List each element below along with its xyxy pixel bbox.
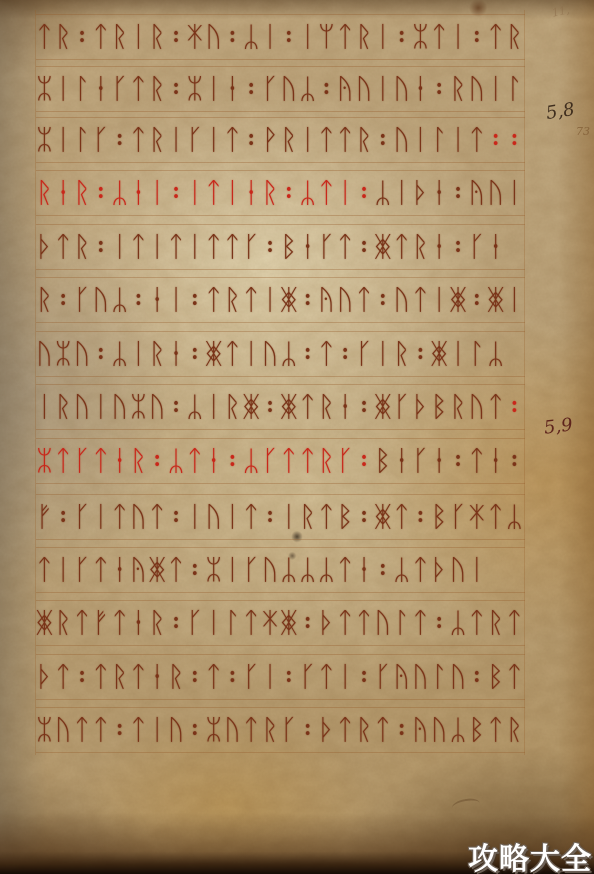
rune-segment-brown: ᚦᛏ᛬ᛏᚱᛏᛂᚱ᛬ᛏ᛬ᚴᛁ᛬ᚴᛏᛁ᛬ᚴᚤᚢᛚᚢ᛬ᛒᛏᛏᛡᛤ [36,655,525,699]
rune-segment-brown: ᛏᛁᚴᛏᛂᚤᛤᛏ᛬ᛯᛁᚴᚢᛦᛦᛦᛏᛂ᛬ᛦᛏᚦᚢᛁ [36,548,487,592]
rune-segment-red: ᛯᛏᚴᛏᛂᚱ᛬ᛦᛏᛂ᛬ᛦᚴᛏᛏᚱᚴ᛬ [36,439,374,483]
margin-note-folio-59: 5,9 [543,414,574,438]
rune-line-13: ᚦᛏ᛬ᛏᚱᛏᛂᚱ᛬ᛏ᛬ᚴᛁ᛬ᚴᛏᛁ᛬ᚴᚤᚢᛚᚢ᛬ᛒᛏᛏᛡᛤ [36,654,525,700]
rune-line-2: ᛯᛁᛚᛂᚴᛏᚱ᛬ᛯᛁᛂ᛬ᚴᚢᛦ᛬ᚤᚢᛁᚢᛂ᛬ᚱᚢᛁᛚ᛬ᛡᛢ [36,66,525,112]
rune-line-8: ᛁᚱᚢᛁᚢᛯᚢ᛬ᛦᛁᚱᛤ᛬ᛤᛏᚱᛂ᛬ᛤᚴᚦᛒᚱᚢᛏ᛬᛬ [36,384,525,430]
rune-line-5: ᚦᛏᚱ᛬ᛁᛏᛁᛏᛁᛏᛏᚴ᛬ᛒᛂᚴᛏ᛬ᛤᛏᚱᛂ᛬ᚴᚽ [36,224,525,270]
rune-segment-red: ᛬᛬ᚻᛏ [487,118,525,162]
rune-segment-brown: ᛯᛁᛚᛂᚴᛏᚱ᛬ᛯᛁᛂ᛬ᚴᚢᛦ᛬ᚤᚢᛁᚢᛂ᛬ᚱᚢᛁᛚ᛬ᛡᛢ [36,67,525,111]
rune-segment-brown: ᛦᛁᚦᛂ᛬ᚤᚢᛁᚢᛏ [374,171,525,215]
rune-segment-brown: ᛒᛂᚴᛂ᛬ᛏᛂ᛬ᚴᛏᚴ [374,439,525,483]
rune-line-6: ᚱ᛬ᚴᚢᛦ᛬ᛂᛁ᛬ᛏᚱᛏᛁᛤ᛬ᚤᚢᛏ᛬ᚢᛏᛁᛤ᛬ᛤᛁᚱᚢᛁ [36,277,525,323]
rune-line-14: ᛯᚢᛏᛏ᛬ᛏᛁᚢ᛬ᛯᚢᛏᚱᚴ᛬ᚦᛏᚱᛏ᛬ᚤᚢᛦᛒᛏᚱᛏᛏ [36,707,525,753]
margin-note-folio-58: 5,8 [545,99,577,124]
margin-note-folio-73: 73 [576,125,590,138]
rune-line-9: ᛯᛏᚴᛏᛂᚱ᛬ᛦᛏᛂ᛬ᛦᚴᛏᛏᚱᚴ᛬ᛒᛂᚴᛂ᛬ᛏᛂ᛬ᚴᛏᚴ [36,438,525,484]
manuscript-page: ᛏᚱ᛬ᛏᚱᛁᚱ᛬ᛡᚢ᛬ᛦᛁ᛬ᛁᛘᛏᚱᛁ᛬ᛯᛏᛁ᛬ᛏᚱ᛬ᚢᛏᛁᛯᛁᛚᛂᚴᛏᚱ᛬ᛯᛁ… [0,0,594,874]
rune-line-12: ᛤᚱᛏᚠᛏᛂᚱ᛬ᚴᛁᛚᛏᛡᛤ᛬ᚦᛏᛏᚢᛚᛏ᛬ᛦᛏᚱᛏᛏ [36,600,525,646]
rune-line-3: ᛯᛁᛚᚴ᛬ᛏᚱᛁᚴᛁᛏ᛬ᚹᚱᛁᛏᛏᚱ᛬ᚢᛁᛚᛁᛏ᛬᛬ᚻᛏ [36,117,525,163]
rune-segment-brown: ᛤᚱᛏᚠᛏᛂᚱ᛬ᚴᛁᛚᛏᛡᛤ᛬ᚦᛏᛏᚢᛚᛏ᛬ᛦᛏᚱᛏᛏ [36,601,525,645]
rune-line-10: ᚠ᛬ᚴᛁᛏᚢᛏ᛬ᛁᚢᛁᛏ᛬ᛁᚱᛏᛒ᛬ᛤᛏ᛬ᛒᚴᛡᛏᛦ᛬ᚴᛁ [36,494,525,540]
rune-line-1: ᛏᚱ᛬ᛏᚱᛁᚱ᛬ᛡᚢ᛬ᛦᛁ᛬ᛁᛘᛏᚱᛁ᛬ᛯᛏᛁ᛬ᛏᚱ᛬ᚢᛏᛁ [36,14,525,60]
rune-segment-brown: ᛏᚱ᛬ᛏᚱᛁᚱ᛬ᛡᚢ᛬ᛦᛁ᛬ᛁᛘᛏᚱᛁ᛬ᛯᛏᛁ᛬ᛏᚱ᛬ᚢᛏᛁ [36,15,525,59]
rune-line-7: ᚢᛯᚢ᛬ᛦᛁᚱᛂ᛬ᛤᛏᛁᚢᛦ᛬ᛏ᛬ᚴᛁᚱ᛬ᛤᛁᛚᛦ [36,331,525,377]
rune-segment-brown: ᚠ᛬ᚴᛁᛏᚢᛏ᛬ᛁᚢᛁᛏ᛬ᛁᚱᛏᛒ᛬ᛤᛏ᛬ᛒᚴᛡᛏᛦ᛬ᚴᛁ [36,495,525,539]
rune-segment-brown: ᚱ᛬ᚴᚢᛦ᛬ᛂᛁ᛬ᛏᚱᛏᛁᛤ᛬ᚤᚢᛏ᛬ᚢᛏᛁᛤ᛬ᛤᛁᚱᚢᛁ [36,278,525,322]
rune-text-block: ᛏᚱ᛬ᛏᚱᛁᚱ᛬ᛡᚢ᛬ᛦᛁ᛬ᛁᛘᛏᚱᛁ᛬ᛯᛏᛁ᛬ᛏᚱ᛬ᚢᛏᛁᛯᛁᛚᛂᚴᛏᚱ᛬ᛯᛁ… [0,0,594,874]
rune-line-11: ᛏᛁᚴᛏᛂᚤᛤᛏ᛬ᛯᛁᚴᚢᛦᛦᛦᛏᛂ᛬ᛦᛏᚦᚢᛁ [36,547,525,593]
rune-line-4: ᚱᛂᚱ᛬ᛦᛂᛁ᛬ᛁᛏᛁᛂᚱ᛬ᛦᛏᛁ᛬ᛦᛁᚦᛂ᛬ᚤᚢᛁᚢᛏ [36,170,525,216]
rune-segment-brown: ᛁᚱᚢᛁᚢᛯᚢ᛬ᛦᛁᚱᛤ᛬ᛤᛏᚱᛂ᛬ᛤᚴᚦᛒᚱᚢᛏ [36,385,506,429]
rune-segment-brown: ᛯᛁᛚᚴ᛬ᛏᚱᛁᚴᛁᛏ᛬ᚹᚱᛁᛏᛏᚱ᛬ᚢᛁᛚᛁᛏ [36,118,487,162]
rune-segment-red: ᛬᛬ [506,385,525,429]
rune-segment-brown: ᚢᛯᚢ᛬ᛦᛁᚱᛂ᛬ᛤᛏᛁᚢᛦ᛬ᛏ᛬ᚴᛁᚱ᛬ᛤᛁᛚᛦ [36,332,506,376]
watermark-text: 攻略大全 [468,834,592,874]
rune-segment-brown: ᚦᛏᚱ᛬ᛁᛏᛁᛏᛁᛏᛏᚴ᛬ᛒᛂᚴᛏ᛬ᛤᛏᚱᛂ᛬ᚴᚽ [36,225,506,269]
rune-segment-brown: ᛯᚢᛏᛏ᛬ᛏᛁᚢ᛬ᛯᚢᛏᚱᚴ᛬ᚦᛏᚱᛏ᛬ᚤᚢᛦᛒᛏᚱᛏᛏ [36,708,525,752]
rune-segment-red: ᚱᛂᚱ᛬ᛦᛂᛁ᛬ᛁᛏᛁᛂᚱ᛬ᛦᛏᛁ᛬ [36,171,374,215]
